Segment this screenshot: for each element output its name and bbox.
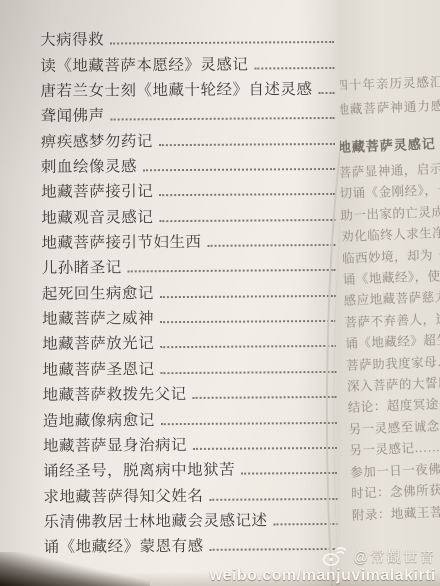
dotted-leader bbox=[110, 41, 334, 45]
toc-entry-title: 地藏菩萨圣恩记 bbox=[42, 357, 154, 380]
toc-entry-title: 唐若兰女士刻《地藏十轮经》自述灵感 bbox=[40, 77, 312, 101]
dotted-leader bbox=[160, 295, 336, 298]
dotted-leader bbox=[193, 396, 337, 399]
toc-entry-title: 起死回生病愈记 bbox=[42, 281, 154, 304]
toc-entry: 地藏菩萨放光记 bbox=[42, 327, 336, 354]
toc-entry-title: 地藏菩萨救拨先父记 bbox=[43, 382, 187, 405]
dotted-leader bbox=[241, 472, 337, 475]
toc-entry-title: 读《地藏菩萨本愿经》灵感记 bbox=[40, 52, 248, 75]
dotted-leader bbox=[160, 371, 336, 374]
dotted-leader bbox=[254, 67, 334, 70]
toc-entry-title: 刺血绘像灵感 bbox=[41, 154, 137, 177]
right-page: 四十年亲历灵感汇记 地藏菩萨神通力感应 地藏菩萨灵感记 菩萨显神通，启示诵 切诵… bbox=[340, 0, 440, 586]
toc-entry: 诵经圣号，脱离病中地狱苦 bbox=[43, 454, 337, 481]
toc-entry: 唐若兰女士刻《地藏十轮经》自述灵感 bbox=[40, 74, 334, 101]
toc-entry: 地藏菩萨圣恩记 bbox=[42, 352, 336, 379]
toc-entry: 诵《地藏经》蒙恩有感 bbox=[44, 530, 338, 557]
toc-entry: 造地藏像病愈记 bbox=[43, 403, 337, 430]
toc-entry: 起死回生病愈记 bbox=[42, 276, 336, 303]
toc-entry: 地藏菩萨接引节妇生西 bbox=[41, 226, 335, 253]
toc-entry-title: 聋闻佛声 bbox=[41, 104, 105, 126]
toc-entry-title: 地藏菩萨接引记 bbox=[41, 180, 153, 203]
toc-entry: 儿孙睹圣记 bbox=[42, 251, 336, 278]
toc-entry-title: 地藏菩萨放光记 bbox=[42, 332, 154, 355]
toc-entry-title: 痹疾感梦勿药记 bbox=[41, 129, 153, 152]
right-page-header-line: 地藏菩萨神通力感应 bbox=[340, 92, 440, 122]
toc-entry-title: 儿孙睹圣记 bbox=[42, 256, 122, 279]
dotted-leader bbox=[111, 117, 335, 121]
dotted-leader bbox=[159, 143, 335, 146]
toc-entry: 地藏菩萨之威神 bbox=[42, 302, 336, 329]
dotted-leader bbox=[159, 219, 335, 222]
toc-entry: 聋闻佛声 bbox=[41, 99, 335, 126]
toc-entry: 求地藏菩萨得知父姓名 bbox=[43, 479, 337, 506]
right-page-header-line: 四十年亲历灵感汇记 bbox=[340, 68, 440, 98]
dotted-leader bbox=[210, 548, 338, 551]
dotted-leader bbox=[193, 447, 337, 450]
toc-entry: 大病得救 bbox=[40, 23, 334, 50]
toc-entry: 乐清佛教居士林地藏会灵感记述 bbox=[43, 504, 337, 531]
toc-entry-title: 乐清佛教居士林地藏会灵感记述 bbox=[43, 508, 267, 532]
dotted-leader bbox=[161, 421, 337, 424]
dotted-leader bbox=[318, 92, 334, 94]
table-surface-corner bbox=[0, 552, 150, 586]
book-photo: 大病得救 读《地藏菩萨本愿经》灵感记 唐若兰女士刻《地藏十轮经》自述灵感 聋闻佛… bbox=[0, 0, 440, 586]
toc-entry: 痹疾感梦勿药记 bbox=[41, 124, 335, 151]
toc-entry-title: 造地藏像病愈记 bbox=[43, 408, 155, 431]
dotted-leader bbox=[208, 244, 336, 247]
toc-entry-title: 大病得救 bbox=[40, 28, 104, 50]
toc-entry-title: 求地藏菩萨得知父姓名 bbox=[43, 483, 203, 506]
toc-entry-title: 地藏菩萨显身治病记 bbox=[43, 433, 187, 456]
dotted-leader bbox=[273, 523, 337, 525]
dotted-leader bbox=[160, 320, 336, 323]
dotted-leader bbox=[159, 193, 335, 196]
right-page-section-title: 地藏菩萨灵感记 bbox=[340, 131, 440, 156]
toc-entry-title: 诵经圣号，脱离病中地狱苦 bbox=[43, 458, 235, 481]
toc-entry: 地藏菩萨接引记 bbox=[41, 175, 335, 202]
toc-entry-title: 诵《地藏经》蒙恩有感 bbox=[44, 534, 204, 557]
toc-entry: 刺血绘像灵感 bbox=[41, 150, 335, 177]
toc-entry: 地藏菩萨救拨先父记 bbox=[42, 378, 336, 405]
dotted-leader bbox=[209, 497, 337, 500]
toc-entry-title: 地藏菩萨接引节妇生西 bbox=[41, 230, 201, 253]
dotted-leader bbox=[128, 269, 336, 272]
toc-entry-title: 地藏菩萨之威神 bbox=[42, 306, 154, 329]
dotted-leader bbox=[160, 345, 336, 348]
toc-entry-title: 地藏观音灵感记 bbox=[41, 205, 153, 228]
toc-entry: 读《地藏菩萨本愿经》灵感记 bbox=[40, 48, 334, 75]
right-page-text: 四十年亲历灵感汇记 地藏菩萨神通力感应 地藏菩萨灵感记 菩萨显神通，启示诵 切诵… bbox=[340, 68, 440, 526]
toc-entry: 地藏菩萨显身治病记 bbox=[43, 428, 337, 455]
dotted-leader bbox=[143, 168, 335, 171]
left-page-toc: 大病得救 读《地藏菩萨本愿经》灵感记 唐若兰女士刻《地藏十轮经》自述灵感 聋闻佛… bbox=[40, 23, 338, 557]
toc-entry: 地藏观音灵感记 bbox=[41, 200, 335, 227]
